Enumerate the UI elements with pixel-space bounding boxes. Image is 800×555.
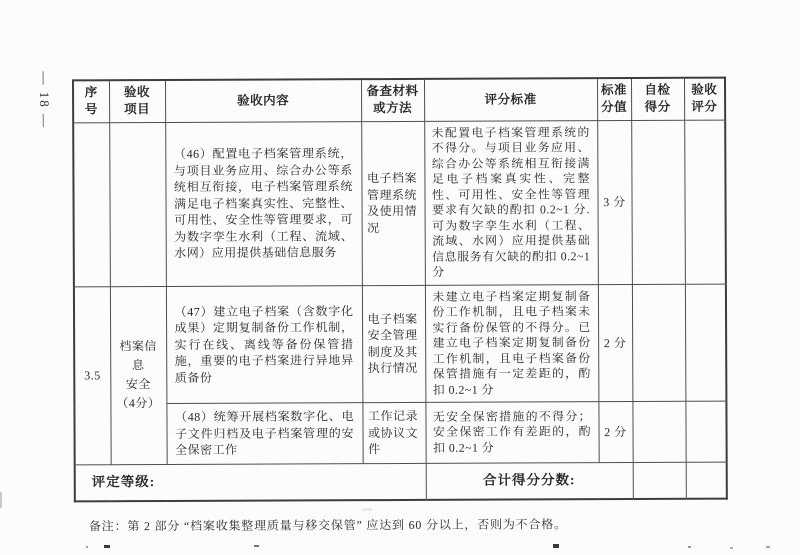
footer-self-check-cell — [633, 462, 686, 499]
table-header-row: 序 号 验收 项目 验收内容 备查材料 或方法 评分标准 标准 分值 自检 得分… — [73, 78, 725, 123]
scan-speck — [553, 544, 559, 548]
cell-project-46 — [109, 122, 166, 286]
acceptance-score-table: 序 号 验收 项目 验收内容 备查材料 或方法 评分标准 标准 分值 自检 得分… — [72, 77, 728, 503]
cell-acceptance-46 — [684, 120, 726, 284]
scanned-document-page: { "page": { "number_label": "— 18 —", "n… — [0, 0, 800, 555]
table-footer-row: 评定等级: 合计得分分数: — [75, 462, 727, 502]
col-header-standard: 评分标准 — [424, 78, 597, 121]
cell-score-46: 3 分 — [597, 120, 632, 284]
scan-smudge — [362, 508, 372, 511]
cell-self-check-46 — [631, 120, 685, 284]
total-score-cell: 合计得分分数: — [426, 462, 633, 500]
col-header-seq: 序 号 — [73, 80, 109, 122]
cell-project-archive-info-security: 档案信息 安全 （4分） — [110, 286, 167, 464]
cell-material-47: 电子档案安全管理制度及其执行情况 — [362, 285, 426, 403]
cell-content-46: （46）配置电子档案管理系统，与项目业务应用、综合办公等系统相互衔接，电子档案管… — [165, 121, 362, 286]
col-header-content: 验收内容 — [165, 79, 361, 122]
col-header-project: 验收 项目 — [109, 80, 165, 122]
cell-standard-47: 未建立电子档案定期复制备份工作机制，且电子档案未实行备份保管的不得分。已建立电子… — [425, 284, 599, 402]
cell-self-check-48 — [632, 401, 685, 462]
scan-speck — [766, 546, 770, 548]
page-number: — 18 — — [36, 72, 52, 152]
table-row-47: 3.5 档案信息 安全 （4分） （47）建立电子档案（含数字化成果）定期复制备… — [74, 284, 727, 404]
cell-material-48: 工作记录或协议文件 — [362, 402, 425, 463]
cell-content-47: （47）建立电子档案（含数字化成果）定期复制备份工作机制，实行在线、离线等备份保… — [166, 285, 363, 403]
cell-material-46: 电子档案管理系统及使用情况 — [361, 121, 425, 285]
scan-speck — [104, 545, 110, 548]
footer-acceptance-cell — [686, 462, 727, 499]
col-header-self-check: 自检 得分 — [631, 78, 684, 120]
scan-speck — [730, 547, 733, 549]
table-row-46: （46）配置电子档案管理系统，与项目业务应用、综合办公等系统相互衔接，电子档案管… — [73, 120, 726, 287]
scan-speck — [86, 546, 88, 548]
document-sheet: — 18 — 序 号 验收 项目 验收内容 备查材料 或方法 评分标准 标准 分… — [72, 77, 726, 535]
cell-seq-3-5: 3.5 — [74, 286, 111, 464]
cell-seq-46 — [73, 122, 110, 286]
cell-acceptance-47 — [685, 284, 727, 402]
scan-smudge — [0, 492, 2, 508]
col-header-score: 标准 分值 — [597, 78, 631, 120]
col-header-acceptance: 验收 评分 — [684, 78, 725, 120]
rating-grade-cell: 评定等级: — [75, 463, 426, 502]
cell-content-48: （48）统筹开展档案数字化、电子文件归档及电子档案管理的安全保密工作 — [166, 403, 362, 464]
scan-speck — [688, 546, 691, 548]
cell-score-47: 2 分 — [598, 284, 633, 402]
table-row-48: （48）统筹开展档案数字化、电子文件归档及电子档案管理的安全保密工作 工作记录或… — [74, 401, 726, 464]
cell-standard-48: 无安全保密措施的不得分；安全保密工作有差距的，酌扣 0.2~1 分 — [425, 402, 598, 463]
footnote: 备注：第 2 部分 “档案收集整理质量与移交保管” 应达到 60 分以上，否则为… — [89, 515, 726, 535]
cell-acceptance-48 — [685, 401, 726, 462]
scan-speck — [254, 545, 259, 547]
col-header-material: 备查材料 或方法 — [361, 79, 424, 121]
cell-score-48: 2 分 — [598, 401, 632, 462]
cell-self-check-47 — [632, 284, 686, 402]
cell-standard-46: 未配置电子档案管理系统的不得分。与项目业务应用、综合办公等系统相互衔接满足电子档… — [424, 120, 598, 285]
